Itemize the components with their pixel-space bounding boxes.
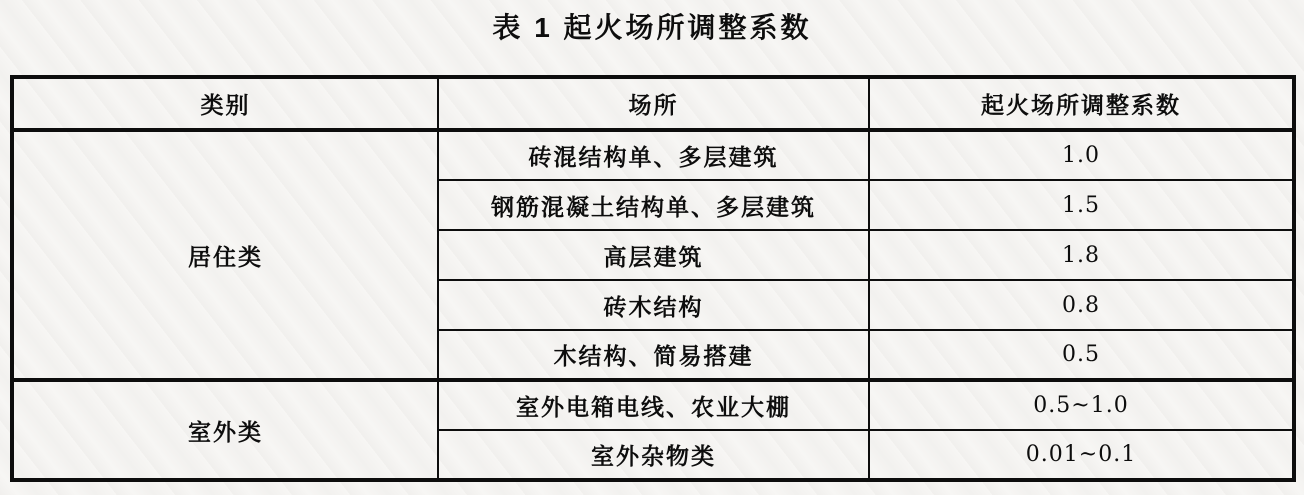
place-cell: 室外电箱电线、农业大棚 <box>438 380 869 430</box>
table-title: 表 1 起火场所调整系数 <box>0 6 1304 46</box>
place-cell: 室外杂物类 <box>438 430 869 480</box>
coefficient-cell: 0.01~0.1 <box>869 430 1294 480</box>
category-cell-outdoor: 室外类 <box>12 380 438 480</box>
coefficient-cell: 1.5 <box>869 180 1294 230</box>
place-cell: 钢筋混凝土结构单、多层建筑 <box>438 180 869 230</box>
place-cell: 高层建筑 <box>438 230 869 280</box>
scanned-document-page: { "title": "表 1 起火场所调整系数", "table": { "h… <box>0 0 1304 495</box>
header-row: 类别 场所 起火场所调整系数 <box>12 77 1294 130</box>
place-cell: 砖木结构 <box>438 280 869 330</box>
fire-coefficient-table: 类别 场所 起火场所调整系数 居住类 砖混结构单、多层建筑 1.0 钢筋混凝土结… <box>10 75 1296 482</box>
header-cell-place: 场所 <box>438 77 869 130</box>
coefficient-cell: 1.8 <box>869 230 1294 280</box>
category-cell-residential: 居住类 <box>12 130 438 380</box>
place-cell: 木结构、简易搭建 <box>438 330 869 380</box>
coefficient-cell: 0.5~1.0 <box>869 380 1294 430</box>
place-cell: 砖混结构单、多层建筑 <box>438 130 869 180</box>
table-row: 室外类 室外电箱电线、农业大棚 0.5~1.0 <box>12 380 1294 430</box>
header-cell-coefficient: 起火场所调整系数 <box>869 77 1294 130</box>
header-cell-category: 类别 <box>12 77 438 130</box>
coefficient-cell: 0.8 <box>869 280 1294 330</box>
table-row: 居住类 砖混结构单、多层建筑 1.0 <box>12 130 1294 180</box>
coefficient-cell: 0.5 <box>869 330 1294 380</box>
coefficient-cell: 1.0 <box>869 130 1294 180</box>
